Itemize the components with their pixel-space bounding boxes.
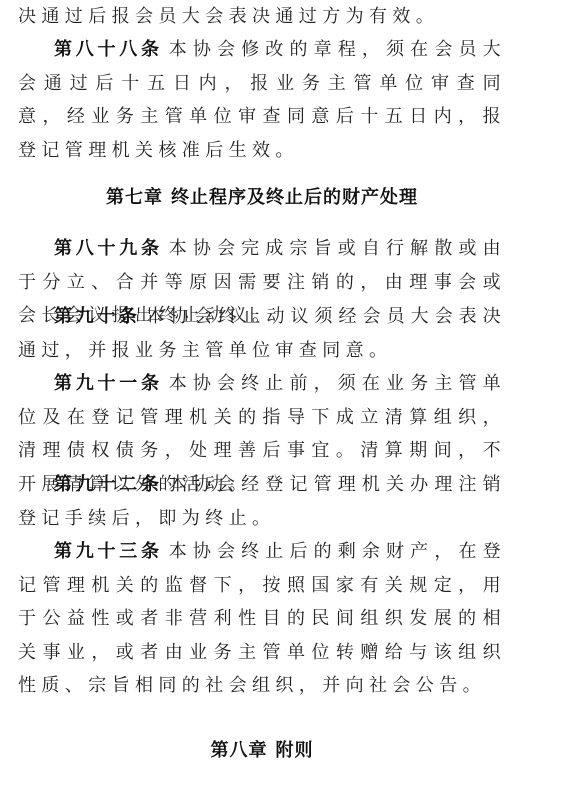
paragraph-text: 决通过后报会员大会表决通过方为有效。 xyxy=(18,6,439,27)
article-93: 第九十三条本协会终止后的剩余财产，在登记管理机关的监督下，按照国家有关规定，用于… xyxy=(18,535,506,703)
chapter-number: 第七章 xyxy=(106,187,163,208)
article-label: 第八十八条 xyxy=(54,39,163,60)
article-label: 第九十三条 xyxy=(54,541,163,562)
chapter-number: 第八章 xyxy=(211,740,268,761)
chapter-heading-8: 第八章附则 xyxy=(18,736,506,762)
article-label: 第九十一条 xyxy=(54,373,163,394)
chapter-title: 终止程序及终止后的财产处理 xyxy=(171,187,418,208)
chapter-heading-7: 第七章终止程序及终止后的财产处理 xyxy=(18,183,506,209)
article-90: 第九十条本协会终止动议须经会员大会表决通过，并报业务主管单位审查同意。 xyxy=(18,300,506,367)
article-88: 第八十八条本协会修改的章程，须在会员大会通过后十五日内，报业务主管单位审查同意，… xyxy=(18,33,506,167)
article-92: 第九十二条本协会经登记管理机关办理注销登记手续后，即为终止。 xyxy=(18,468,506,535)
article-label: 第八十九条 xyxy=(54,238,163,259)
article-text: 本协会终止后的剩余财产，在登记管理机关的监督下，按照国家有关规定，用于公益性或者… xyxy=(18,541,506,696)
chapter-title: 附则 xyxy=(276,740,314,761)
article-label: 第九十二条 xyxy=(54,474,163,495)
paragraph-continuation: 决通过后报会员大会表决通过方为有效。 xyxy=(18,0,506,34)
article-label: 第九十条 xyxy=(54,306,140,327)
